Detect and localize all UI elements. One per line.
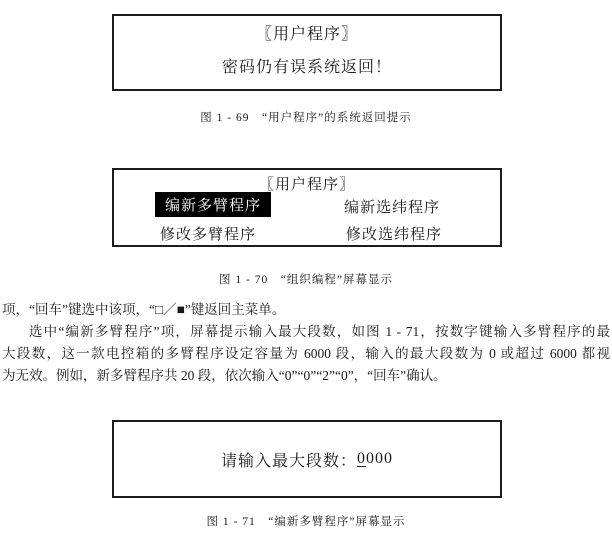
document-page: 〖用户程序〗 密码仍有误系统返回！ 图 1 - 69 “用户程序”的系统返回提示… bbox=[0, 0, 612, 536]
menu-item-edit-new-weft-program: 编新选纬程序 bbox=[344, 196, 440, 217]
body-text-block: 项，“回车”键选中该项，“□／■”键返回主菜单。 选中“编新多臂程序”项，屏幕提… bbox=[2, 299, 610, 387]
body-text-line: 大段数，这一款电控箱的多臂程序设定容量为 6000 段，输入的最大段数为 0 或… bbox=[2, 343, 610, 365]
figure-69-caption: 图 1 - 69 “用户程序”的系统返回提示 bbox=[0, 109, 612, 125]
body-text-line: 为无效。例如，新多臂程序共 20 段，依次输入“0”“0”“2”“0”，“回车”… bbox=[2, 365, 610, 387]
menu-item-modify-dobby-program: 修改多臂程序 bbox=[160, 223, 256, 244]
figure-69-screen-title: 〖用户程序〗 bbox=[114, 21, 500, 44]
figure-71-cursor-digit: 0 bbox=[357, 450, 366, 468]
figure-69-screen-message: 密码仍有误系统返回！ bbox=[114, 54, 500, 77]
figure-70-screen-title: 〖用户程序〗 bbox=[114, 173, 500, 194]
menu-item-edit-new-dobby-program: 编新多臂程序 bbox=[155, 192, 271, 217]
body-text-line: 选中“编新多臂程序”项，屏幕提示输入最大段数，如图 1 - 71，按数字键输入多… bbox=[2, 321, 610, 343]
figure-69-screen-box: 〖用户程序〗 密码仍有误系统返回！ bbox=[112, 14, 502, 91]
figure-70-caption: 图 1 - 70 “组织编程”屏幕显示 bbox=[0, 271, 612, 287]
menu-item-modify-weft-program: 修改选纬程序 bbox=[346, 223, 442, 244]
figure-71-prompt-label: 请输入最大段数： bbox=[221, 448, 357, 471]
figure-71-remaining-digits: 000 bbox=[366, 450, 393, 468]
figure-71-screen-box: 请输入最大段数：0000 bbox=[112, 420, 502, 498]
figure-71-prompt-row: 请输入最大段数：0000 bbox=[114, 422, 500, 496]
body-text-line: 项，“回车”键选中该项，“□／■”键返回主菜单。 bbox=[2, 299, 610, 321]
figure-70-screen-box: 〖用户程序〗 编新多臂程序 编新选纬程序 修改多臂程序 修改选纬程序 bbox=[112, 168, 502, 247]
figure-71-caption: 图 1 - 71 “编新多臂程序”屏幕显示 bbox=[0, 513, 612, 529]
